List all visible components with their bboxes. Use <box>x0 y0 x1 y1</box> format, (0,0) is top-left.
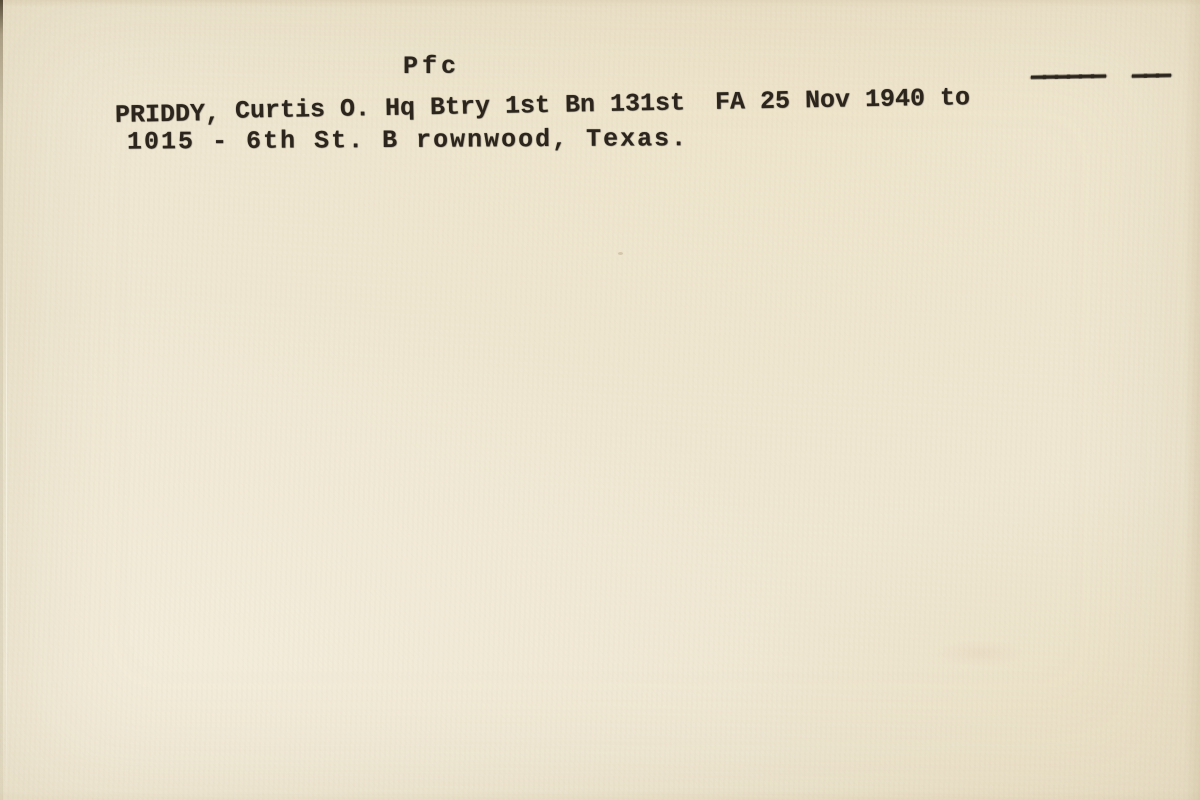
left-edge-highlight <box>6 220 7 800</box>
index-card: Pfc PRIDDY, Curtis O. Hq Btry 1st Bn 131… <box>0 0 1200 800</box>
address-text: 1015 - 6th St. B rownwood, Texas. <box>127 124 688 156</box>
address-line: 1015 - 6th St. B rownwood, Texas. <box>59 101 689 180</box>
typed-dash-group-2: ——— <box>1132 63 1168 89</box>
paper-smudge <box>935 640 1025 666</box>
left-scan-edge-shadow <box>0 0 3 800</box>
typed-dash-group-1: —————— <box>1031 63 1103 89</box>
paper-speck <box>618 252 623 255</box>
